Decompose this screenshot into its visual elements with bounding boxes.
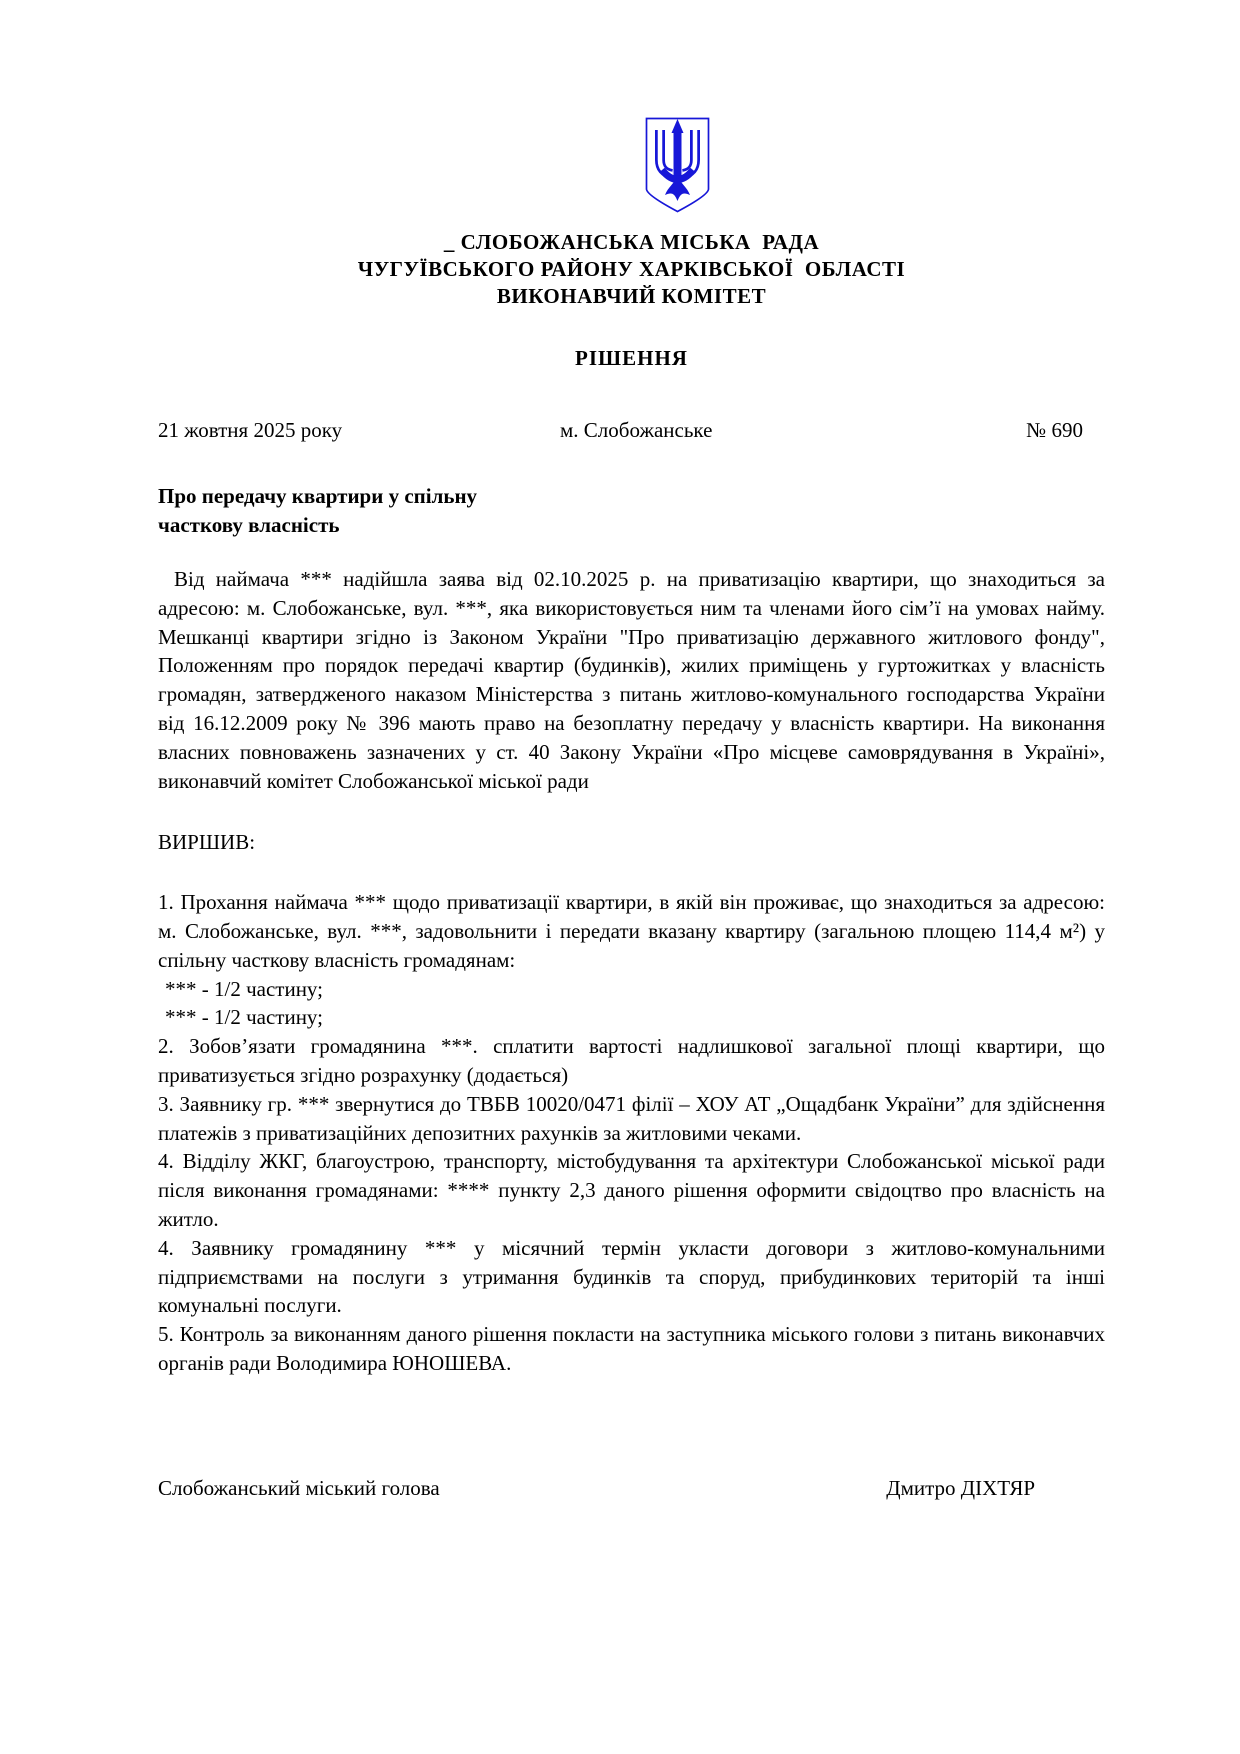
decree-item-4b: 4. Заявнику громадянину *** у місячний т… <box>158 1234 1105 1320</box>
decree-items-list: 1. Прохання наймача *** щодо приватизаці… <box>158 888 1105 1378</box>
document-place: м. Слобожанське <box>480 418 793 443</box>
preamble-paragraph: Від наймача *** надійшла заява від 02.10… <box>158 565 1105 795</box>
decree-item-3: 3. Заявнику гр. *** звернутися до ТВБВ 1… <box>158 1090 1105 1148</box>
resolved-heading: ВИРШИВ: <box>158 828 1105 857</box>
subject-line2: часткову власність <box>158 511 1105 540</box>
document-meta-row: 21 жовтня 2025 року м. Слобожанське № 69… <box>158 418 1105 443</box>
org-name-line3: ВИКОНАВЧИЙ КОМІТЕТ <box>158 283 1105 310</box>
document-type-title: РІШЕННЯ <box>158 346 1105 371</box>
document-header: _ СЛОБОЖАНСЬКА МІСЬКА РАДА ЧУГУЇВСЬКОГО … <box>158 116 1105 371</box>
organization-name-block: _ СЛОБОЖАНСЬКА МІСЬКА РАДА ЧУГУЇВСЬКОГО … <box>158 229 1105 310</box>
document-number: № 690 <box>792 418 1105 443</box>
signature-block: Слобожанський міський голова Дмитро ДІХТ… <box>158 1476 1105 1501</box>
decree-item-4a: 4. Відділу ЖКГ, благоустрою, транспорту,… <box>158 1147 1105 1233</box>
signature-position: Слобожанський міський голова <box>158 1476 440 1501</box>
signature-name: Дмитро ДІХТЯР <box>886 1476 1105 1501</box>
subject-heading: Про передачу квартири у спільну часткову… <box>158 482 1105 540</box>
subject-line1: Про передачу квартири у спільну <box>158 482 1105 511</box>
document-body: Від наймача *** надійшла заява від 02.10… <box>158 565 1105 1378</box>
ukraine-trident-emblem-icon <box>644 116 711 214</box>
decree-item-1-share-b: *** - 1/2 частину; <box>158 1003 1105 1032</box>
org-name-line1: _ СЛОБОЖАНСЬКА МІСЬКА РАДА <box>158 229 1105 256</box>
document-date: 21 жовтня 2025 року <box>158 418 480 443</box>
org-name-line2: ЧУГУЇВСЬКОГО РАЙОНУ ХАРКІВСЬКОЇ ОБЛАСТІ <box>158 256 1105 283</box>
decree-item-5: 5. Контроль за виконанням даного рішення… <box>158 1320 1105 1378</box>
decision-document-page: _ СЛОБОЖАНСЬКА МІСЬКА РАДА ЧУГУЇВСЬКОГО … <box>0 0 1240 1754</box>
decree-item-1-share-a: *** - 1/2 частину; <box>158 975 1105 1004</box>
decree-item-2: 2. Зобов’язати громадянина ***. сплатити… <box>158 1032 1105 1090</box>
decree-item-1: 1. Прохання наймача *** щодо приватизаці… <box>158 888 1105 974</box>
